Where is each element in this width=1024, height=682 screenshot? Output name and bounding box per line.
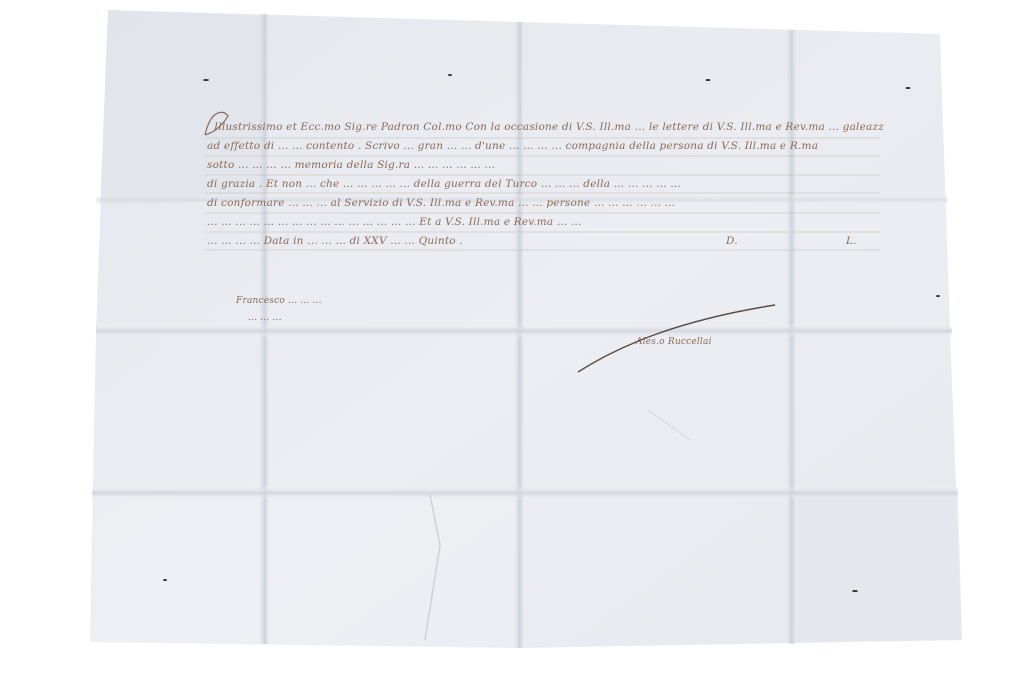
body-line-7: ... ... ... ... Data in ... ... ... di X… [207, 235, 607, 247]
left-signature-line-1: Francesco ... ... ... [236, 296, 322, 306]
right-signature: Ales.o Ruccellai [636, 337, 712, 347]
body-line-1: Illustrissimo et Ecc.mo Sig.re Padron Co… [214, 121, 884, 133]
body-line-5: di conformare ... ... ... al Servizio di… [207, 197, 883, 209]
body-line-6: ... ... ... ... ... ... ... ... ... ... … [207, 216, 883, 228]
left-signature-line-2: ... ... ... [248, 313, 282, 323]
body-line-4: di grazia . Et non ... che ... ... ... .… [207, 178, 883, 190]
closing-mark-1: D. [726, 235, 738, 247]
closing-mark-2: L. [846, 235, 857, 247]
body-line-2: ad effetto di ... ... contento . Scrivo … [207, 140, 883, 152]
body-line-3: sotto ... ... ... ... memoria della Sig.… [207, 159, 883, 171]
document-photo [0, 0, 1024, 682]
